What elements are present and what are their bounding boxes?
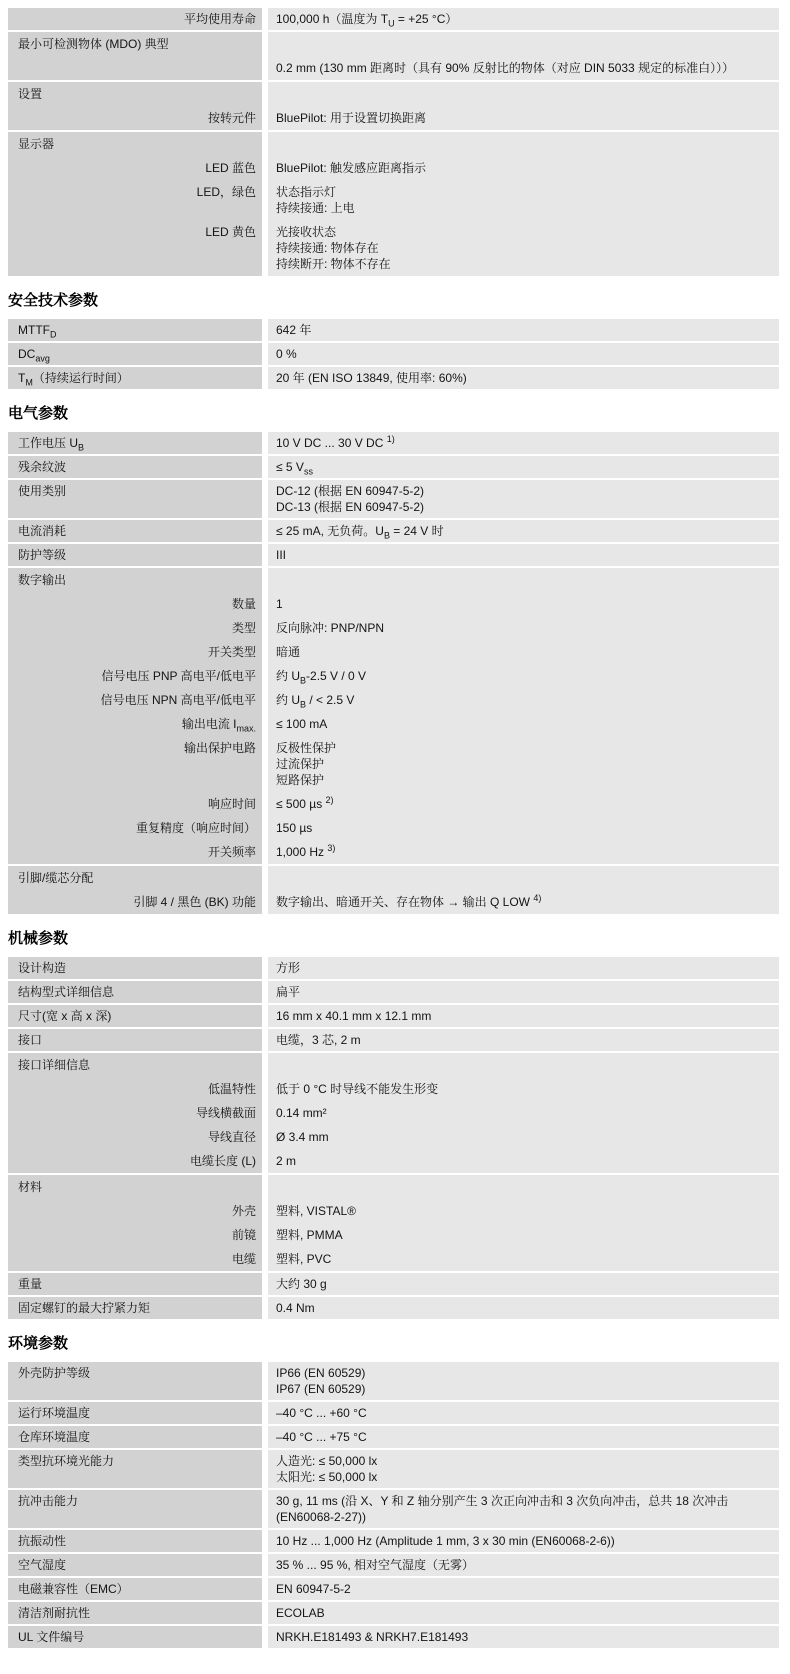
section-heading: 环境参数 — [8, 1335, 779, 1353]
row-value: 30 g, 11 ms (沿 X、Y 和 Z 轴分别产生 3 次正向冲击和 3 … — [268, 1490, 779, 1528]
row-value: 扁平 — [268, 981, 779, 1003]
spec-table: 设计构造方形结构型式详细信息扁平尺寸(宽 x 高 x 深)16 mm x 40.… — [8, 957, 779, 1319]
spec-row: 仓库环境温度–40 °C ... +75 °C — [8, 1426, 779, 1448]
row-value: 方形 — [268, 957, 779, 979]
row-label: 防护等级 — [8, 544, 262, 566]
value-line: ≤ 5 Vss — [276, 459, 769, 475]
spec-row: 运行环境温度–40 °C ... +60 °C — [8, 1402, 779, 1424]
row-label: 接口 — [8, 1029, 262, 1051]
subrow-label: 数量 — [8, 592, 262, 616]
spec-section: 环境参数外壳防护等级IP66 (EN 60529)IP67 (EN 60529)… — [8, 1335, 779, 1648]
spec-table: 外壳防护等级IP66 (EN 60529)IP67 (EN 60529)运行环境… — [8, 1362, 779, 1648]
subrow-label: 引脚 4 / 黑色 (BK) 功能 — [8, 890, 262, 914]
spec-row: 抗振动性10 Hz ... 1,000 Hz (Amplitude 1 mm, … — [8, 1530, 779, 1552]
subrow-label: 低温特性 — [8, 1077, 262, 1101]
group-label: 最小可检测物体 (MDO) 典型 — [8, 32, 262, 56]
row-label: DCavg — [8, 343, 262, 365]
value-line: 0 % — [276, 346, 769, 362]
row-label: 仓库环境温度 — [8, 1426, 262, 1448]
subrow-value: 低于 0 °C 时导线不能发生形变 — [268, 1077, 779, 1101]
value-line: ECOLAB — [276, 1605, 769, 1621]
spec-group-row: 数字输出数量1类型反向脉冲: PNP/NPN开关类型暗通信号电压 PNP 高电平… — [8, 568, 779, 864]
spec-section: 平均使用寿命100,000 h（温度为 TU = +25 °C）最小可检测物体 … — [8, 8, 779, 276]
value-line: 过流保护 — [276, 756, 769, 772]
spec-row: 清洁剂耐抗性ECOLAB — [8, 1602, 779, 1624]
subrow-label: 输出电流 Imax. — [8, 712, 262, 736]
group-label-spacer — [268, 132, 779, 156]
row-label: 电流消耗 — [8, 520, 262, 542]
row-value: IP66 (EN 60529)IP67 (EN 60529) — [268, 1362, 779, 1400]
value-line: 塑料, PVC — [276, 1251, 769, 1267]
subrow-value: 1,000 Hz 3) — [268, 840, 779, 864]
row-value: 642 年 — [268, 319, 779, 341]
value-line: 短路保护 — [276, 772, 769, 788]
row-value: NRKH.E181493 & NRKH7.E181493 — [268, 1626, 779, 1648]
spec-group-row: 接口详细信息低温特性低于 0 °C 时导线不能发生形变导线横截面0.14 mm²… — [8, 1053, 779, 1173]
value-line: 扁平 — [276, 984, 769, 1000]
spec-row: 结构型式详细信息扁平 — [8, 981, 779, 1003]
value-line: 约 UB / < 2.5 V — [276, 692, 769, 708]
row-value: 人造光: ≤ 50,000 lx太阳光: ≤ 50,000 lx — [268, 1450, 779, 1488]
spec-row: 尺寸(宽 x 高 x 深)16 mm x 40.1 mm x 12.1 mm — [8, 1005, 779, 1027]
value-line: 塑料, VISTAL® — [276, 1203, 769, 1219]
group-label: 引脚/缆芯分配 — [8, 866, 262, 890]
value-line: 状态指示灯 — [276, 184, 769, 200]
row-value: 10 V DC ... 30 V DC 1) — [268, 432, 779, 454]
spec-row: TM（持续运行时间）20 年 (EN ISO 13849, 使用率: 60%) — [8, 367, 779, 389]
row-value: ≤ 5 Vss — [268, 456, 779, 478]
value-line: DC-13 (根据 EN 60947-5-2) — [276, 499, 769, 515]
subrow-label: 重复精度（响应时间） — [8, 816, 262, 840]
value-line: BluePilot: 触发感应距离指示 — [276, 160, 769, 176]
value-line: DC-12 (根据 EN 60947-5-2) — [276, 483, 769, 499]
spec-section: 机械参数设计构造方形结构型式详细信息扁平尺寸(宽 x 高 x 深)16 mm x… — [8, 930, 779, 1319]
value-line: IP67 (EN 60529) — [276, 1381, 769, 1397]
subrow-label: 导线直径 — [8, 1125, 262, 1149]
subrow-label: 信号电压 NPN 高电平/低电平 — [8, 688, 262, 712]
value-line: ≤ 100 mA — [276, 716, 769, 732]
value-line: 方形 — [276, 960, 769, 976]
spec-group-row: 设置按转元件BluePilot: 用于设置切换距离 — [8, 82, 779, 130]
group-label: 设置 — [8, 82, 262, 106]
value-line: 反极性保护 — [276, 740, 769, 756]
spec-group-row: 材料外壳塑料, VISTAL®前镜塑料, PMMA电缆塑料, PVC — [8, 1175, 779, 1271]
row-label: 工作电压 UB — [8, 432, 262, 454]
value-line: 10 V DC ... 30 V DC 1) — [276, 435, 769, 451]
row-value: III — [268, 544, 779, 566]
value-line: 10 Hz ... 1,000 Hz (Amplitude 1 mm, 3 x … — [276, 1533, 769, 1549]
row-label: 抗振动性 — [8, 1530, 262, 1552]
spec-row: 重量大约 30 g — [8, 1273, 779, 1295]
group-label-spacer — [268, 568, 779, 592]
value-line: 电缆，3 芯, 2 m — [276, 1032, 769, 1048]
subrow-value: 反极性保护过流保护短路保护 — [268, 736, 779, 792]
value-line: NRKH.E181493 & NRKH7.E181493 — [276, 1629, 769, 1645]
spec-group-row: 引脚/缆芯分配引脚 4 / 黑色 (BK) 功能数字输出、暗通开关、存在物体 →… — [8, 866, 779, 914]
subrow-value: 光接收状态持续接通: 物体存在持续断开: 物体不存在 — [268, 220, 779, 276]
row-value: –40 °C ... +60 °C — [268, 1402, 779, 1424]
subrow-value: 0.2 mm (130 mm 距离时（具有 90% 反射比的物体（对应 DIN … — [268, 56, 779, 80]
row-label: 空气湿度 — [8, 1554, 262, 1576]
subrow-value: 1 — [268, 592, 779, 616]
subrow-value: 反向脉冲: PNP/NPN — [268, 616, 779, 640]
row-value: EN 60947-5-2 — [268, 1578, 779, 1600]
group-label-spacer — [268, 1053, 779, 1077]
spec-row: DCavg0 % — [8, 343, 779, 365]
row-value: 100,000 h（温度为 TU = +25 °C） — [268, 8, 779, 30]
spec-table: 工作电压 UB10 V DC ... 30 V DC 1)残余纹波≤ 5 Vss… — [8, 432, 779, 914]
value-line: 约 UB-2.5 V / 0 V — [276, 668, 769, 684]
group-label: 数字输出 — [8, 568, 262, 592]
spec-section: 安全技术参数MTTFD642 年DCavg0 %TM（持续运行时间）20 年 (… — [8, 292, 779, 389]
subrow-value: BluePilot: 用于设置切换距离 — [268, 106, 779, 130]
subrow-label: 开关频率 — [8, 840, 262, 864]
spec-row: 电流消耗≤ 25 mA, 无负荷。UB = 24 V 时 — [8, 520, 779, 542]
row-value: 35 % ... 95 %, 相对空气湿度（无雾） — [268, 1554, 779, 1576]
row-label: TM（持续运行时间） — [8, 367, 262, 389]
value-line: 大约 30 g — [276, 1276, 769, 1292]
spec-row: 残余纹波≤ 5 Vss — [8, 456, 779, 478]
subrow-label: 前镜 — [8, 1223, 262, 1247]
row-value: 电缆，3 芯, 2 m — [268, 1029, 779, 1051]
subrow-label: 电缆长度 (L) — [8, 1149, 262, 1173]
spec-section: 电气参数工作电压 UB10 V DC ... 30 V DC 1)残余纹波≤ 5… — [8, 405, 779, 914]
value-line: BluePilot: 用于设置切换距离 — [276, 110, 769, 126]
value-line: 16 mm x 40.1 mm x 12.1 mm — [276, 1008, 769, 1024]
section-heading: 机械参数 — [8, 930, 779, 948]
group-label: 接口详细信息 — [8, 1053, 262, 1077]
subrow-value: 状态指示灯持续接通: 上电 — [268, 180, 779, 220]
value-line: 暗通 — [276, 644, 769, 660]
spec-row: 防护等级III — [8, 544, 779, 566]
row-value: 0 % — [268, 343, 779, 365]
subrow-value: 约 UB / < 2.5 V — [268, 688, 779, 712]
value-line: 数字输出、暗通开关、存在物体 → 输出 Q LOW 4) — [276, 894, 769, 910]
row-value: –40 °C ... +75 °C — [268, 1426, 779, 1448]
value-line: 30 g, 11 ms (沿 X、Y 和 Z 轴分别产生 3 次正向冲击和 3 … — [276, 1493, 769, 1525]
row-value: 20 年 (EN ISO 13849, 使用率: 60%) — [268, 367, 779, 389]
value-line: 太阳光: ≤ 50,000 lx — [276, 1469, 769, 1485]
subrow-value: 2 m — [268, 1149, 779, 1173]
row-label: 设计构造 — [8, 957, 262, 979]
subrow-value: 数字输出、暗通开关、存在物体 → 输出 Q LOW 4) — [268, 890, 779, 914]
group-label: 显示器 — [8, 132, 262, 156]
spec-row: 外壳防护等级IP66 (EN 60529)IP67 (EN 60529) — [8, 1362, 779, 1400]
value-line: IP66 (EN 60529) — [276, 1365, 769, 1381]
value-line: 持续接通: 物体存在 — [276, 240, 769, 256]
subrow-label: 导线横截面 — [8, 1101, 262, 1125]
value-line: ≤ 25 mA, 无负荷。UB = 24 V 时 — [276, 523, 769, 539]
subrow-label: LED，绿色 — [8, 180, 262, 220]
group-label-spacer — [268, 82, 779, 106]
subrow-value: 暗通 — [268, 640, 779, 664]
value-line: 150 µs — [276, 820, 769, 836]
subrow-value: ≤ 100 mA — [268, 712, 779, 736]
value-line: 反向脉冲: PNP/NPN — [276, 620, 769, 636]
spec-row: 电磁兼容性（EMC）EN 60947-5-2 — [8, 1578, 779, 1600]
row-label: 结构型式详细信息 — [8, 981, 262, 1003]
value-line: 0.4 Nm — [276, 1300, 769, 1316]
row-value: 大约 30 g — [268, 1273, 779, 1295]
value-line: 持续断开: 物体不存在 — [276, 256, 769, 272]
subrow-label: 外壳 — [8, 1199, 262, 1223]
spec-row: MTTFD642 年 — [8, 319, 779, 341]
subrow-label: LED 黄色 — [8, 220, 262, 276]
subrow-value: 约 UB-2.5 V / 0 V — [268, 664, 779, 688]
spec-row: 接口电缆，3 芯, 2 m — [8, 1029, 779, 1051]
section-heading: 安全技术参数 — [8, 292, 779, 310]
group-label-spacer — [268, 866, 779, 890]
subrow-value: BluePilot: 触发感应距离指示 — [268, 156, 779, 180]
value-line: 低于 0 °C 时导线不能发生形变 — [276, 1081, 769, 1097]
spec-row: 设计构造方形 — [8, 957, 779, 979]
group-label-spacer — [268, 1175, 779, 1199]
subrow-value: Ø 3.4 mm — [268, 1125, 779, 1149]
spec-row: 使用类别DC-12 (根据 EN 60947-5-2)DC-13 (根据 EN … — [8, 480, 779, 518]
subrow-label — [8, 56, 262, 80]
value-line: 塑料, PMMA — [276, 1227, 769, 1243]
subrow-label: 输出保护电路 — [8, 736, 262, 792]
value-line: 0.14 mm² — [276, 1105, 769, 1121]
value-line: 持续接通: 上电 — [276, 200, 769, 216]
row-value: DC-12 (根据 EN 60947-5-2)DC-13 (根据 EN 6094… — [268, 480, 779, 518]
subrow-label: LED 蓝色 — [8, 156, 262, 180]
group-label-spacer — [268, 32, 779, 56]
value-line: 1 — [276, 596, 769, 612]
value-line: EN 60947-5-2 — [276, 1581, 769, 1597]
value-line: 100,000 h（温度为 TU = +25 °C） — [276, 11, 769, 27]
row-label: 重量 — [8, 1273, 262, 1295]
row-label: 残余纹波 — [8, 456, 262, 478]
subrow-label: 类型 — [8, 616, 262, 640]
value-line: –40 °C ... +75 °C — [276, 1429, 769, 1445]
value-line: 0.2 mm (130 mm 距离时（具有 90% 反射比的物体（对应 DIN … — [276, 60, 769, 76]
row-value: ≤ 25 mA, 无负荷。UB = 24 V 时 — [268, 520, 779, 542]
row-label: 运行环境温度 — [8, 1402, 262, 1424]
value-line: 20 年 (EN ISO 13849, 使用率: 60%) — [276, 370, 769, 386]
row-value: ECOLAB — [268, 1602, 779, 1624]
row-label: 清洁剂耐抗性 — [8, 1602, 262, 1624]
spec-row: 平均使用寿命100,000 h（温度为 TU = +25 °C） — [8, 8, 779, 30]
row-value: 10 Hz ... 1,000 Hz (Amplitude 1 mm, 3 x … — [268, 1530, 779, 1552]
row-label: 类型抗环境光能力 — [8, 1450, 262, 1488]
row-label: 抗冲击能力 — [8, 1490, 262, 1528]
value-line: Ø 3.4 mm — [276, 1129, 769, 1145]
row-label: MTTFD — [8, 319, 262, 341]
value-line: –40 °C ... +60 °C — [276, 1405, 769, 1421]
spec-row: 固定螺钉的最大拧紧力矩0.4 Nm — [8, 1297, 779, 1319]
subrow-label: 按转元件 — [8, 106, 262, 130]
subrow-value: 0.14 mm² — [268, 1101, 779, 1125]
spec-row: UL 文件编号NRKH.E181493 & NRKH7.E181493 — [8, 1626, 779, 1648]
value-line: 光接收状态 — [276, 224, 769, 240]
value-line: 2 m — [276, 1153, 769, 1169]
subrow-label: 信号电压 PNP 高电平/低电平 — [8, 664, 262, 688]
spec-group-row: 最小可检测物体 (MDO) 典型0.2 mm (130 mm 距离时（具有 90… — [8, 32, 779, 80]
row-label: 尺寸(宽 x 高 x 深) — [8, 1005, 262, 1027]
row-value: 16 mm x 40.1 mm x 12.1 mm — [268, 1005, 779, 1027]
subrow-label: 响应时间 — [8, 792, 262, 816]
spec-table: MTTFD642 年DCavg0 %TM（持续运行时间）20 年 (EN ISO… — [8, 319, 779, 389]
spec-row: 抗冲击能力30 g, 11 ms (沿 X、Y 和 Z 轴分别产生 3 次正向冲… — [8, 1490, 779, 1528]
value-line: 642 年 — [276, 322, 769, 338]
subrow-label: 开关类型 — [8, 640, 262, 664]
subrow-value: 150 µs — [268, 816, 779, 840]
row-value: 0.4 Nm — [268, 1297, 779, 1319]
subrow-value: 塑料, VISTAL® — [268, 1199, 779, 1223]
row-label: 外壳防护等级 — [8, 1362, 262, 1400]
value-line: III — [276, 547, 769, 563]
spec-group-row: 显示器LED 蓝色BluePilot: 触发感应距离指示LED，绿色状态指示灯持… — [8, 132, 779, 276]
spec-row: 工作电压 UB10 V DC ... 30 V DC 1) — [8, 432, 779, 454]
row-label: 平均使用寿命 — [8, 8, 262, 30]
spec-table: 平均使用寿命100,000 h（温度为 TU = +25 °C）最小可检测物体 … — [8, 8, 779, 276]
group-label: 材料 — [8, 1175, 262, 1199]
section-heading: 电气参数 — [8, 405, 779, 423]
value-line: ≤ 500 µs 2) — [276, 796, 769, 812]
value-line: 人造光: ≤ 50,000 lx — [276, 1453, 769, 1469]
value-line: 35 % ... 95 %, 相对空气湿度（无雾） — [276, 1557, 769, 1573]
subrow-label: 电缆 — [8, 1247, 262, 1271]
spec-row: 类型抗环境光能力人造光: ≤ 50,000 lx太阳光: ≤ 50,000 lx — [8, 1450, 779, 1488]
row-label: 电磁兼容性（EMC） — [8, 1578, 262, 1600]
spec-row: 空气湿度35 % ... 95 %, 相对空气湿度（无雾） — [8, 1554, 779, 1576]
row-label: 使用类别 — [8, 480, 262, 518]
row-label: UL 文件编号 — [8, 1626, 262, 1648]
subrow-value: 塑料, PVC — [268, 1247, 779, 1271]
subrow-value: ≤ 500 µs 2) — [268, 792, 779, 816]
spec-document: 平均使用寿命100,000 h（温度为 TU = +25 °C）最小可检测物体 … — [0, 0, 790, 1674]
row-label: 固定螺钉的最大拧紧力矩 — [8, 1297, 262, 1319]
value-line: 1,000 Hz 3) — [276, 844, 769, 860]
subrow-value: 塑料, PMMA — [268, 1223, 779, 1247]
